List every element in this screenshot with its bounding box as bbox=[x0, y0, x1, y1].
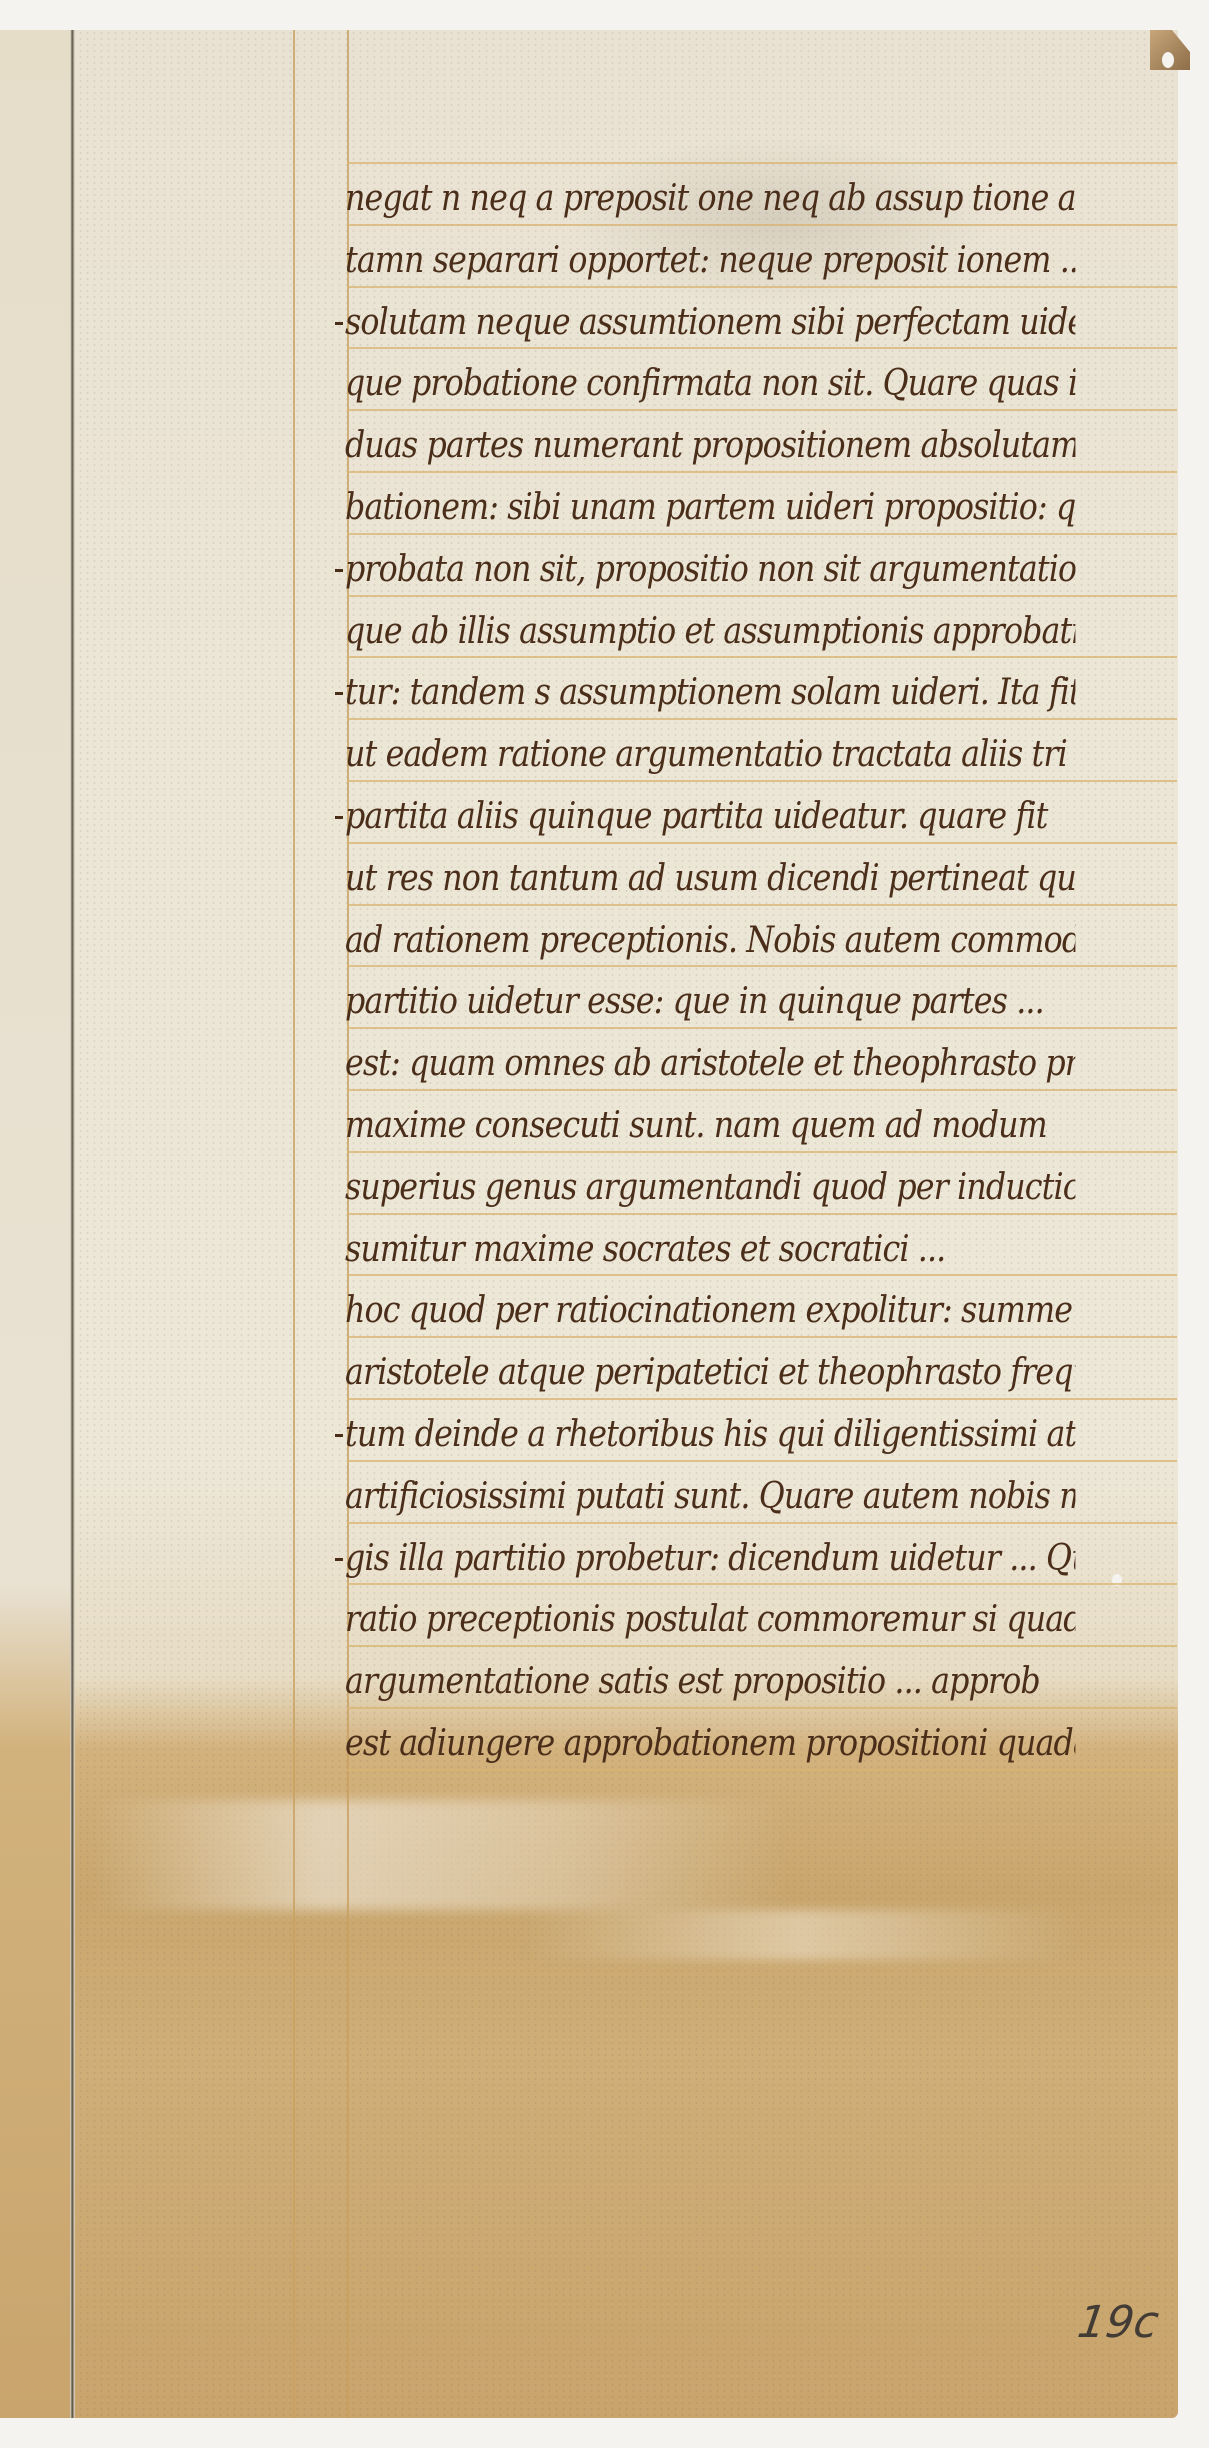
parchment-hole bbox=[1162, 52, 1174, 68]
margin-dash-mark bbox=[335, 1434, 343, 1437]
manuscript-line: argumentatione satis est propositio ... … bbox=[345, 1651, 1075, 1713]
manuscript-line: sumitur maxime socrates et socratici ... bbox=[345, 1219, 1075, 1281]
margin-dash-mark bbox=[335, 692, 343, 695]
manuscript-line: hoc quod per ratiocinationem expolitur: … bbox=[345, 1280, 1075, 1342]
manuscript-line: partita aliis quinque partita uideatur. … bbox=[345, 786, 1075, 848]
manuscript-line: bationem: sibi unam partem uideri propos… bbox=[345, 477, 1075, 539]
manuscript-line: probata non sit, propositio non sit argu… bbox=[345, 539, 1075, 601]
manuscript-line: negat n neq a preposit one neq ab assup … bbox=[345, 168, 1075, 230]
binding-fold bbox=[70, 30, 75, 2418]
water-stain-highlight bbox=[520, 1910, 1080, 1960]
vertical-ruling-line bbox=[293, 30, 295, 2418]
manuscript-line: est adiungere approbationem propositioni… bbox=[345, 1713, 1075, 1775]
margin-dash-mark bbox=[335, 1558, 343, 1561]
margin-dash-mark bbox=[335, 816, 343, 819]
manuscript-line: artificiosissimi putati sunt. Quare aute… bbox=[345, 1466, 1075, 1528]
manuscript-line: partitio uidetur esse: que in quinque pa… bbox=[345, 971, 1075, 1033]
water-stain-highlight bbox=[90, 1800, 790, 1910]
manuscript-line: ad rationem preceptionis. Nobis autem co… bbox=[345, 910, 1075, 972]
manuscript-line: que ab illis assumptio et assumptionis a… bbox=[345, 601, 1075, 663]
margin-dash-mark bbox=[335, 569, 343, 572]
manuscript-line: tum deinde a rhetoribus his qui diligent… bbox=[345, 1404, 1075, 1466]
manuscript-line: ut res non tantum ad usum dicendi pertin… bbox=[345, 848, 1075, 910]
manuscript-line: que probatione confirmata non sit. Quare… bbox=[345, 353, 1075, 415]
adjacent-leaf-strip bbox=[0, 30, 70, 2418]
folio-number: 19c bbox=[1074, 2297, 1161, 2348]
margin-dash-mark bbox=[335, 322, 343, 325]
manuscript-line: ratio preceptionis postulat commoremur s… bbox=[345, 1589, 1075, 1651]
manuscript-line: gis illa partitio probetur: dicendum uid… bbox=[345, 1528, 1075, 1590]
manuscript-line: maxime consecuti sunt. nam quem ad modum bbox=[345, 1095, 1075, 1157]
manuscript-line: ut eadem ratione argumentatio tractata a… bbox=[345, 724, 1075, 786]
manuscript-line: aristotele atque peripatetici et theophr… bbox=[345, 1342, 1075, 1404]
manuscript-line: est: quam omnes ab aristotele et theophr… bbox=[345, 1033, 1075, 1095]
manuscript-line: tur: tandem s assumptionem solam uideri.… bbox=[345, 662, 1075, 724]
manuscript-line: solutam neque assumtionem sibi perfectam… bbox=[345, 292, 1075, 354]
manuscript-line: superius genus argumentandi quod per ind… bbox=[345, 1157, 1075, 1219]
manuscript-line: tamn separari opportet: neque preposit i… bbox=[345, 230, 1075, 292]
horizontal-ruling-line bbox=[347, 162, 1177, 164]
manuscript-line: duas partes numerant propositionem absol… bbox=[345, 415, 1075, 477]
